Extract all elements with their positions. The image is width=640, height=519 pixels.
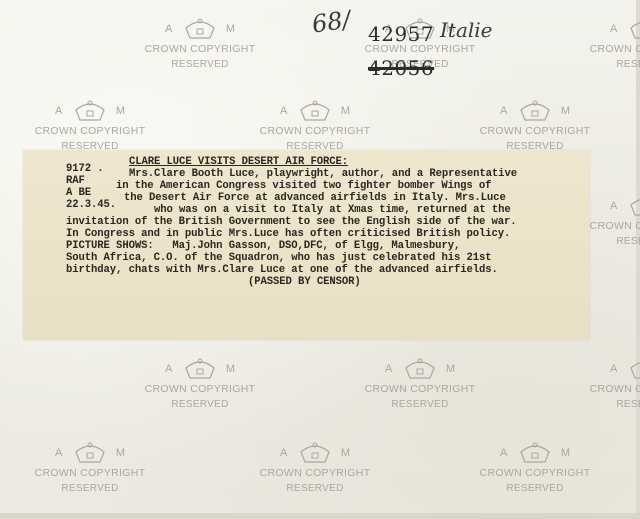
watermark-letter-a: A bbox=[385, 363, 392, 375]
watermark-line1: CROWN COPYRIGHT bbox=[250, 467, 380, 479]
watermark-line1: CROWN COPYRIGHT bbox=[580, 43, 640, 55]
watermark-letter-a: A bbox=[165, 23, 172, 35]
crown-icon bbox=[183, 358, 217, 380]
watermark-line1: CROWN COPYRIGHT bbox=[25, 125, 155, 137]
watermark-line2: RESERVED bbox=[25, 483, 155, 494]
watermark-letter-m: M bbox=[226, 363, 235, 375]
crown-copyright-watermark: AMCROWN COPYRIGHTRESERVED bbox=[580, 358, 640, 410]
watermark-line1: CROWN COPYRIGHT bbox=[580, 383, 640, 395]
crown-copyright-watermark: AMCROWN COPYRIGHTRESERVED bbox=[470, 100, 600, 152]
crown-icon bbox=[518, 442, 552, 464]
caption-line: In Congress and in public Mrs.Luce has o… bbox=[66, 228, 510, 241]
watermark-letter-m: M bbox=[116, 447, 125, 459]
watermark-line2: RESERVED bbox=[580, 399, 640, 410]
caption-date: 22.3.45. bbox=[66, 199, 116, 212]
watermark-letter-a: A bbox=[165, 363, 172, 375]
crown-copyright-watermark: AMCROWN COPYRIGHTRESERVED bbox=[355, 358, 485, 410]
caption-source: RAF bbox=[66, 175, 85, 188]
watermark-letter-a: A bbox=[280, 447, 287, 459]
watermark-line1: CROWN COPYRIGHT bbox=[355, 383, 485, 395]
watermark-line1: CROWN COPYRIGHT bbox=[250, 125, 380, 137]
watermark-line2: RESERVED bbox=[470, 483, 600, 494]
crown-copyright-watermark: AMCROWN COPYRIGHTRESERVED bbox=[470, 442, 600, 494]
watermark-letter-m: M bbox=[341, 447, 350, 459]
watermark-letter-a: A bbox=[280, 105, 287, 117]
crown-icon bbox=[628, 18, 640, 40]
crown-icon bbox=[298, 100, 332, 122]
watermark-line2: RESERVED bbox=[355, 399, 485, 410]
caption-headline: CLARE LUCE VISITS DESERT AIR FORCE: bbox=[129, 156, 348, 169]
caption-line: the Desert Air Force at advanced airfiel… bbox=[124, 192, 506, 205]
crown-copyright-watermark: AMCROWN COPYRIGHTRESERVED bbox=[135, 18, 265, 70]
watermark-line2: RESERVED bbox=[250, 483, 380, 494]
crown-icon bbox=[298, 442, 332, 464]
crown-icon bbox=[628, 358, 640, 380]
handwritten-number: 68/ bbox=[310, 5, 352, 38]
watermark-line2: RESERVED bbox=[580, 59, 640, 70]
caption-line: invitation of the British Government to … bbox=[66, 216, 517, 229]
watermark-letter-m: M bbox=[561, 447, 570, 459]
watermark-letter-m: M bbox=[561, 105, 570, 117]
watermark-letter-m: M bbox=[226, 23, 235, 35]
watermark-letter-a: A bbox=[610, 200, 617, 212]
watermark-letter-a: A bbox=[55, 447, 62, 459]
caption-line: in the American Congress visited two fig… bbox=[116, 180, 491, 193]
crown-icon bbox=[73, 100, 107, 122]
crown-icon bbox=[628, 195, 640, 217]
stamped-number: 42957 bbox=[368, 22, 434, 46]
caption-line: South Africa, C.O. of the Squadron, who … bbox=[66, 252, 492, 265]
crown-icon bbox=[183, 18, 217, 40]
watermark-line2: RESERVED bbox=[135, 59, 265, 70]
watermark-letter-a: A bbox=[610, 363, 617, 375]
caption-censor-note: (PASSED BY CENSOR) bbox=[248, 276, 361, 289]
crown-copyright-watermark: AMCROWN COPYRIGHTRESERVED bbox=[25, 100, 155, 152]
caption-code: A BE bbox=[66, 187, 91, 200]
watermark-line1: CROWN COPYRIGHT bbox=[135, 43, 265, 55]
struck-number: 42056 bbox=[368, 56, 434, 80]
watermark-letter-m: M bbox=[446, 363, 455, 375]
crown-copyright-watermark: AMCROWN COPYRIGHTRESERVED bbox=[135, 358, 265, 410]
watermark-line2: RESERVED bbox=[135, 399, 265, 410]
crown-copyright-watermark: AMCROWN COPYRIGHTRESERVED bbox=[250, 100, 380, 152]
watermark-letter-a: A bbox=[500, 447, 507, 459]
watermark-letter-m: M bbox=[341, 105, 350, 117]
crown-copyright-watermark: AMCROWN COPYRIGHTRESERVED bbox=[25, 442, 155, 494]
crown-icon bbox=[73, 442, 107, 464]
caption-line: PICTURE SHOWS: Maj.John Gasson, DSO,DFC,… bbox=[66, 240, 460, 253]
caption-ref-number: 9172 . bbox=[66, 163, 104, 176]
crown-icon bbox=[403, 358, 437, 380]
watermark-letter-m: M bbox=[116, 105, 125, 117]
caption-line: Mrs.Clare Booth Luce, playwright, author… bbox=[129, 168, 517, 181]
crown-copyright-watermark: AMCROWN COPYRIGHTRESERVED bbox=[250, 442, 380, 494]
crown-copyright-watermark: AMCROWN COPYRIGHTRESERVED bbox=[580, 18, 640, 70]
crown-icon bbox=[518, 100, 552, 122]
caption-slip: 9172 . RAF A BE 22.3.45. CLARE LUCE VISI… bbox=[23, 150, 590, 340]
watermark-letter-a: A bbox=[55, 105, 62, 117]
watermark-letter-a: A bbox=[610, 23, 617, 35]
caption-line: who was on a visit to Italy at Xmas time… bbox=[154, 204, 511, 217]
watermark-line1: CROWN COPYRIGHT bbox=[470, 467, 600, 479]
watermark-line1: CROWN COPYRIGHT bbox=[25, 467, 155, 479]
watermark-letter-a: A bbox=[500, 105, 507, 117]
watermark-line1: CROWN COPYRIGHT bbox=[135, 383, 265, 395]
caption-line: birthday, chats with Mrs.Clare Luce at o… bbox=[66, 264, 498, 277]
paper-edge-right bbox=[636, 0, 640, 519]
watermark-line1: CROWN COPYRIGHT bbox=[470, 125, 600, 137]
handwritten-note: Italie bbox=[440, 18, 493, 42]
paper-edge-bottom bbox=[0, 513, 640, 519]
